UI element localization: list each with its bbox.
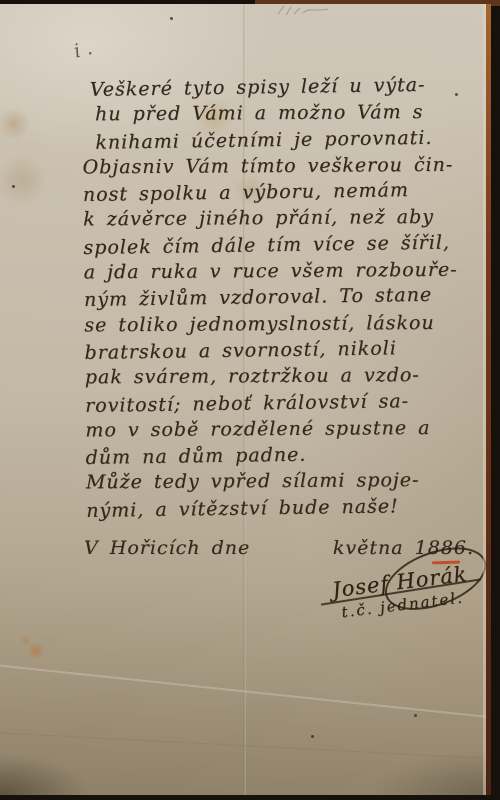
manuscript-line: nými, a vítězství bude naše!	[86, 492, 486, 524]
manuscript-line: Může tedy vpřed sílami spoje-	[86, 467, 486, 496]
ink-speck	[414, 714, 417, 717]
manuscript-paper: i. Veškeré tyto spisy leží u výta- hu př…	[0, 4, 491, 795]
letter-body: Veškeré tyto spisy leží u výta- hu před …	[82, 72, 487, 523]
paper-edge-line	[486, 4, 491, 795]
manuscript-line: k závěrce jiného přání, než aby	[83, 204, 483, 233]
ink-speck	[170, 17, 173, 20]
pencil-scribble	[276, 4, 330, 18]
signature-block: Josef Horák t.č. jednatel.	[318, 560, 484, 623]
manuscript-line: ným živlům vzdoroval. To stane	[84, 281, 484, 313]
ink-speck	[12, 185, 15, 188]
annotation-mark: i.	[72, 35, 101, 62]
manuscript-line: rovitostí; neboť království sa-	[85, 387, 485, 419]
dateline-place: V Hořicích dne	[84, 537, 250, 559]
photo-frame: i. Veškeré tyto spisy leží u výta- hu př…	[0, 0, 500, 800]
manuscript-line: knihami účetními je porovnati.	[82, 124, 482, 156]
manuscript-line: pak svárem, roztržkou a vzdo-	[85, 362, 485, 391]
ink-speck	[311, 735, 314, 738]
manuscript-line: hu před Vámi a možno Vám s	[82, 99, 482, 128]
